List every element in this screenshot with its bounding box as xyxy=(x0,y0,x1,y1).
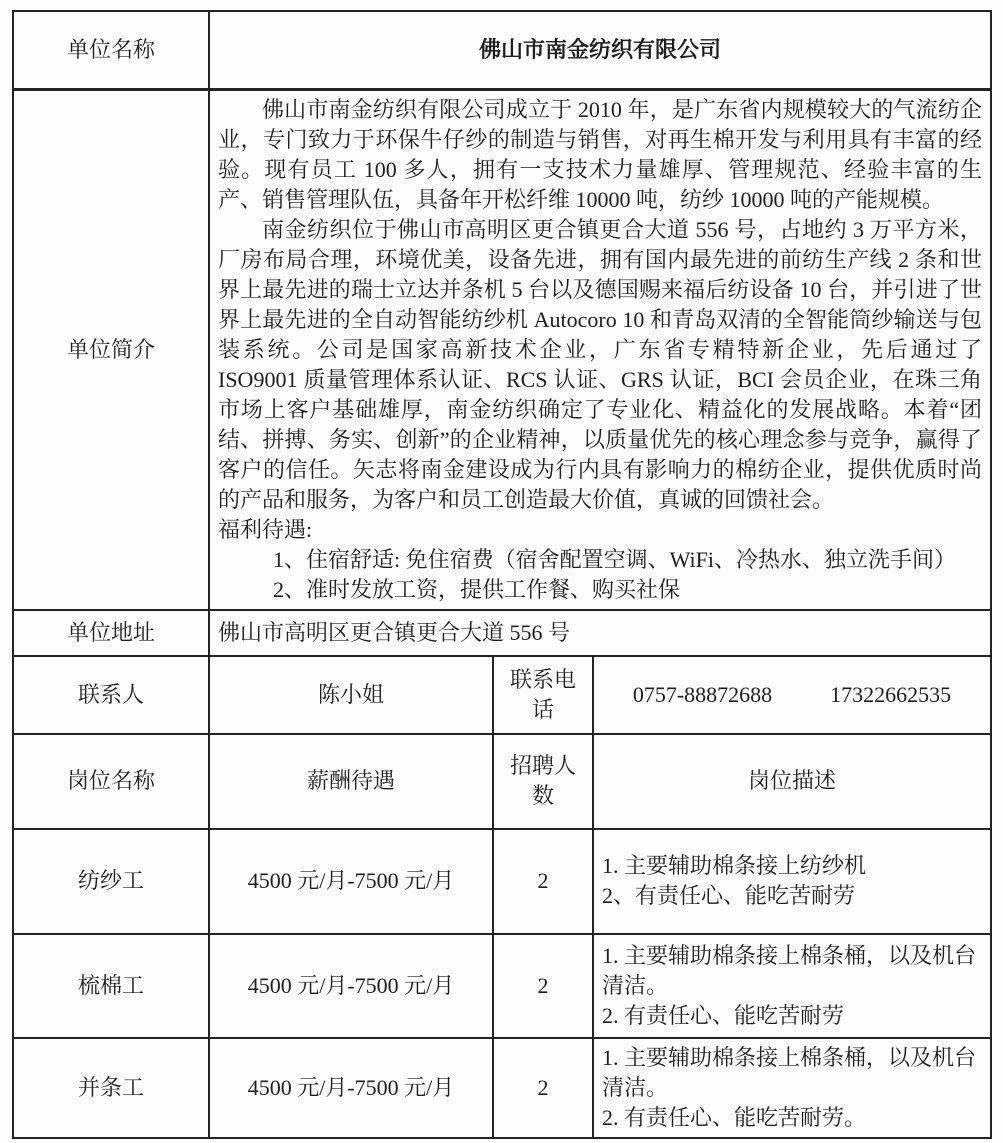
row-company-name: 单位名称 佛山市南金纺织有限公司 xyxy=(13,11,991,89)
company-intro-value: 佛山市南金纺织有限公司成立于 2010 年，是广东省内规模较大的气流纺企业，专门… xyxy=(209,89,991,610)
table-row-job-2: 梳棉工 4500 元/月-7500 元/月 2 1. 主要辅助棉条接上棉条桶，以… xyxy=(13,934,991,1038)
job-salary: 4500 元/月-7500 元/月 xyxy=(209,1038,493,1138)
job-headcount: 2 xyxy=(493,1038,593,1138)
contact-phone-2: 17322662535 xyxy=(830,680,951,710)
job-title: 梳棉工 xyxy=(13,934,209,1038)
table-row-job-3: 并条工 4500 元/月-7500 元/月 2 1. 主要辅助棉条接上棉条桶，以… xyxy=(13,1038,991,1138)
job-description-line-2: 2、有责任心、能吃苦耐劳 xyxy=(602,881,982,911)
job-description-line-1: 1. 主要辅助棉条接上纺纱机 xyxy=(602,851,982,881)
company-intro-label: 单位简介 xyxy=(13,89,209,610)
contact-phone-1: 0757-88872688 xyxy=(633,680,772,710)
job-description-line-1: 1. 主要辅助棉条接上棉条桶，以及机台清洁。 xyxy=(602,1043,982,1103)
company-name-label: 单位名称 xyxy=(13,11,209,89)
welfare-item-1: 1、住宿舒适: 免住宿费（宿舍配置空调、WiFi、冷热水、独立洗手间） xyxy=(218,545,982,575)
job-salary: 4500 元/月-7500 元/月 xyxy=(209,829,493,934)
job-headcount: 2 xyxy=(493,829,593,934)
contact-person-label: 联系人 xyxy=(13,656,209,734)
contact-person-name: 陈小姐 xyxy=(209,656,493,734)
job-description-line-2: 2. 有责任心、能吃苦耐劳。 xyxy=(602,1103,982,1133)
job-description: 1. 主要辅助棉条接上棉条桶，以及机台清洁。 2. 有责任心、能吃苦耐劳。 xyxy=(593,1038,991,1138)
job-headcount: 2 xyxy=(493,934,593,1038)
job-header-salary: 薪酬待遇 xyxy=(209,734,493,829)
table-row-job-1: 纺纱工 4500 元/月-7500 元/月 2 1. 主要辅助棉条接上纺纱机 2… xyxy=(13,829,991,934)
job-header-headcount: 招聘人数 xyxy=(493,734,593,829)
company-name-value: 佛山市南金纺织有限公司 xyxy=(209,11,991,89)
company-address-value: 佛山市高明区更合镇更合大道 556 号 xyxy=(209,610,991,656)
welfare-title: 福利待遇: xyxy=(218,515,982,545)
row-company-address: 单位地址 佛山市高明区更合镇更合大道 556 号 xyxy=(13,610,991,656)
job-description-line-1: 1. 主要辅助棉条接上棉条桶，以及机台清洁。 xyxy=(602,941,982,1001)
job-title: 并条工 xyxy=(13,1038,209,1138)
company-address-label: 单位地址 xyxy=(13,610,209,656)
welfare-item-2: 2、准时发放工资，提供工作餐、购买社保 xyxy=(218,575,982,605)
job-header-description: 岗位描述 xyxy=(593,734,991,829)
contact-phone-label: 联系电话 xyxy=(493,656,593,734)
intro-paragraph-2: 南金纺织位于佛山市高明区更合镇更合大道 556 号，占地约 3 万平方米，厂房布… xyxy=(218,215,982,515)
contact-phone-numbers: 0757-88872688 17322662535 xyxy=(593,656,991,734)
job-salary: 4500 元/月-7500 元/月 xyxy=(209,934,493,1038)
job-description: 1. 主要辅助棉条接上纺纱机 2、有责任心、能吃苦耐劳 xyxy=(593,829,991,934)
job-description-line-2: 2. 有责任心、能吃苦耐劳 xyxy=(602,1001,982,1031)
recruitment-table: 单位名称 佛山市南金纺织有限公司 单位简介 佛山市南金纺织有限公司成立于 201… xyxy=(12,10,992,1139)
row-contact: 联系人 陈小姐 联系电话 0757-88872688 17322662535 xyxy=(13,656,991,734)
row-company-intro: 单位简介 佛山市南金纺织有限公司成立于 2010 年，是广东省内规模较大的气流纺… xyxy=(13,89,991,610)
intro-paragraph-1: 佛山市南金纺织有限公司成立于 2010 年，是广东省内规模较大的气流纺企业，专门… xyxy=(218,95,982,215)
job-header-title: 岗位名称 xyxy=(13,734,209,829)
job-description: 1. 主要辅助棉条接上棉条桶，以及机台清洁。 2. 有责任心、能吃苦耐劳 xyxy=(593,934,991,1038)
row-job-header: 岗位名称 薪酬待遇 招聘人数 岗位描述 xyxy=(13,734,991,829)
job-title: 纺纱工 xyxy=(13,829,209,934)
